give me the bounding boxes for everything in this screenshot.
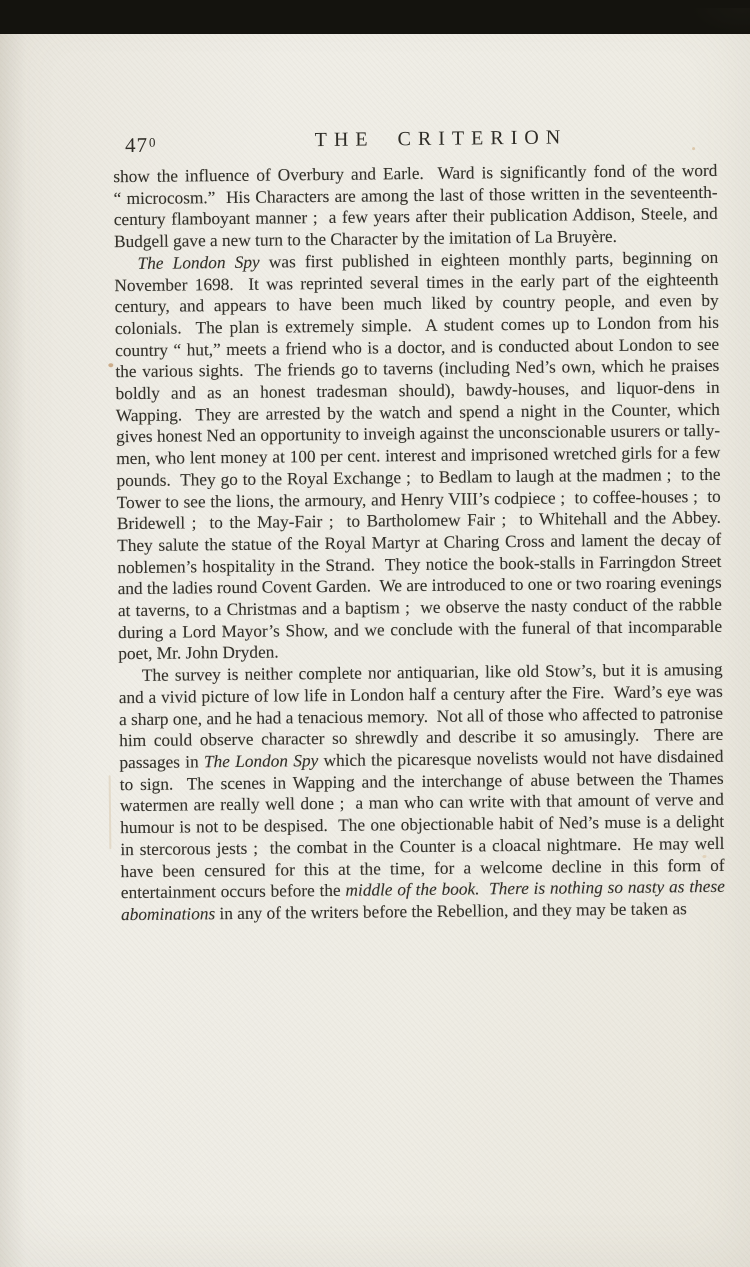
italic-text-run: The London Spy	[204, 751, 318, 771]
running-title: THE CRITERION	[315, 126, 568, 152]
paragraph: The London Spy was first published in ei…	[114, 247, 722, 666]
paper-speck	[692, 147, 695, 150]
page-number-oldstyle-zero: 0	[149, 134, 157, 149]
body-text-block: show the influence of Overbury and Earle…	[113, 160, 725, 926]
page-number-main: 47	[125, 133, 148, 157]
text-run: show the influence of Overbury and Earle…	[113, 161, 722, 251]
text-run: was first published in eighteen monthly …	[114, 248, 729, 664]
page-content: 470 THE CRITERION show the influence of …	[0, 0, 750, 1267]
italic-text-run: The London Spy	[137, 252, 259, 272]
page-number: 470	[125, 133, 157, 158]
paper-fiber-mark	[109, 775, 112, 849]
paragraph: The survey is neither complete nor antiq…	[118, 659, 725, 926]
text-run: in any of the writers before the Rebelli…	[215, 899, 687, 923]
running-head: 470 THE CRITERION	[113, 125, 717, 163]
paragraph: show the influence of Overbury and Earle…	[113, 160, 718, 253]
scanned-book-page: 470 THE CRITERION show the influence of …	[0, 0, 750, 1267]
paper-speck	[702, 855, 706, 858]
paper-speck	[108, 363, 113, 367]
